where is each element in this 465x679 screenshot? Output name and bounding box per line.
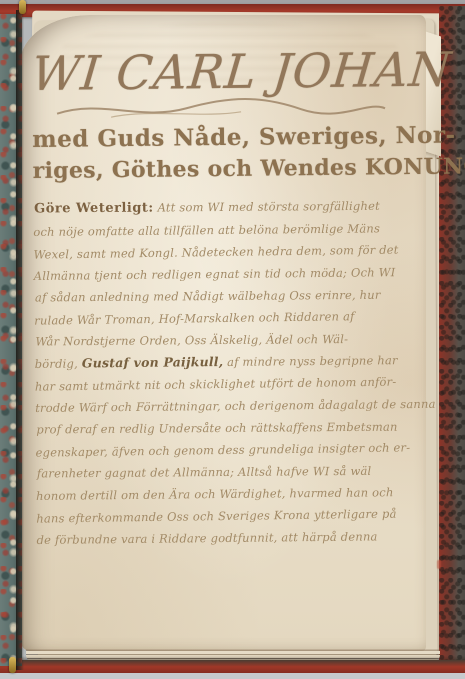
manuscript-line: de förbundne vara i Riddare godtfunnit, … xyxy=(36,525,414,551)
binding-gutter-shadow xyxy=(16,10,24,670)
manuscript-body: Göre Weterligt: Att som WI med största s… xyxy=(33,194,415,551)
gold-clasp-bottom xyxy=(9,657,16,673)
manuscript-line: Göre Weterligt: Att som WI med största s… xyxy=(34,195,412,221)
scanner-background-bottom xyxy=(0,673,465,679)
parchment-page: WI CARL JOHAN med Guds Nåde, Sweriges, N… xyxy=(20,15,426,651)
manuscript-line: Wår Nordstjerne Orden, Oss Älskelig, Äde… xyxy=(35,328,413,353)
royal-style-line: riges, Göthes och Wendes KONUNG xyxy=(33,154,411,184)
manuscript-ink: WI CARL JOHAN med Guds Nåde, Sweriges, N… xyxy=(31,43,414,551)
manuscript-line: farenheter gagnat det Allmänna; Alltså h… xyxy=(37,459,415,484)
royal-title-calligraphy: WI CARL JOHAN xyxy=(29,43,412,102)
red-edge-mark xyxy=(437,560,441,569)
gold-clasp-top xyxy=(19,0,26,14)
royal-style-line: med Guds Nåde, Sweriges, Nor- xyxy=(32,122,410,153)
book-cover-right-edge xyxy=(439,6,465,672)
scanned-manuscript-photo: WI CARL JOHAN med Guds Nåde, Sweriges, N… xyxy=(0,0,465,679)
